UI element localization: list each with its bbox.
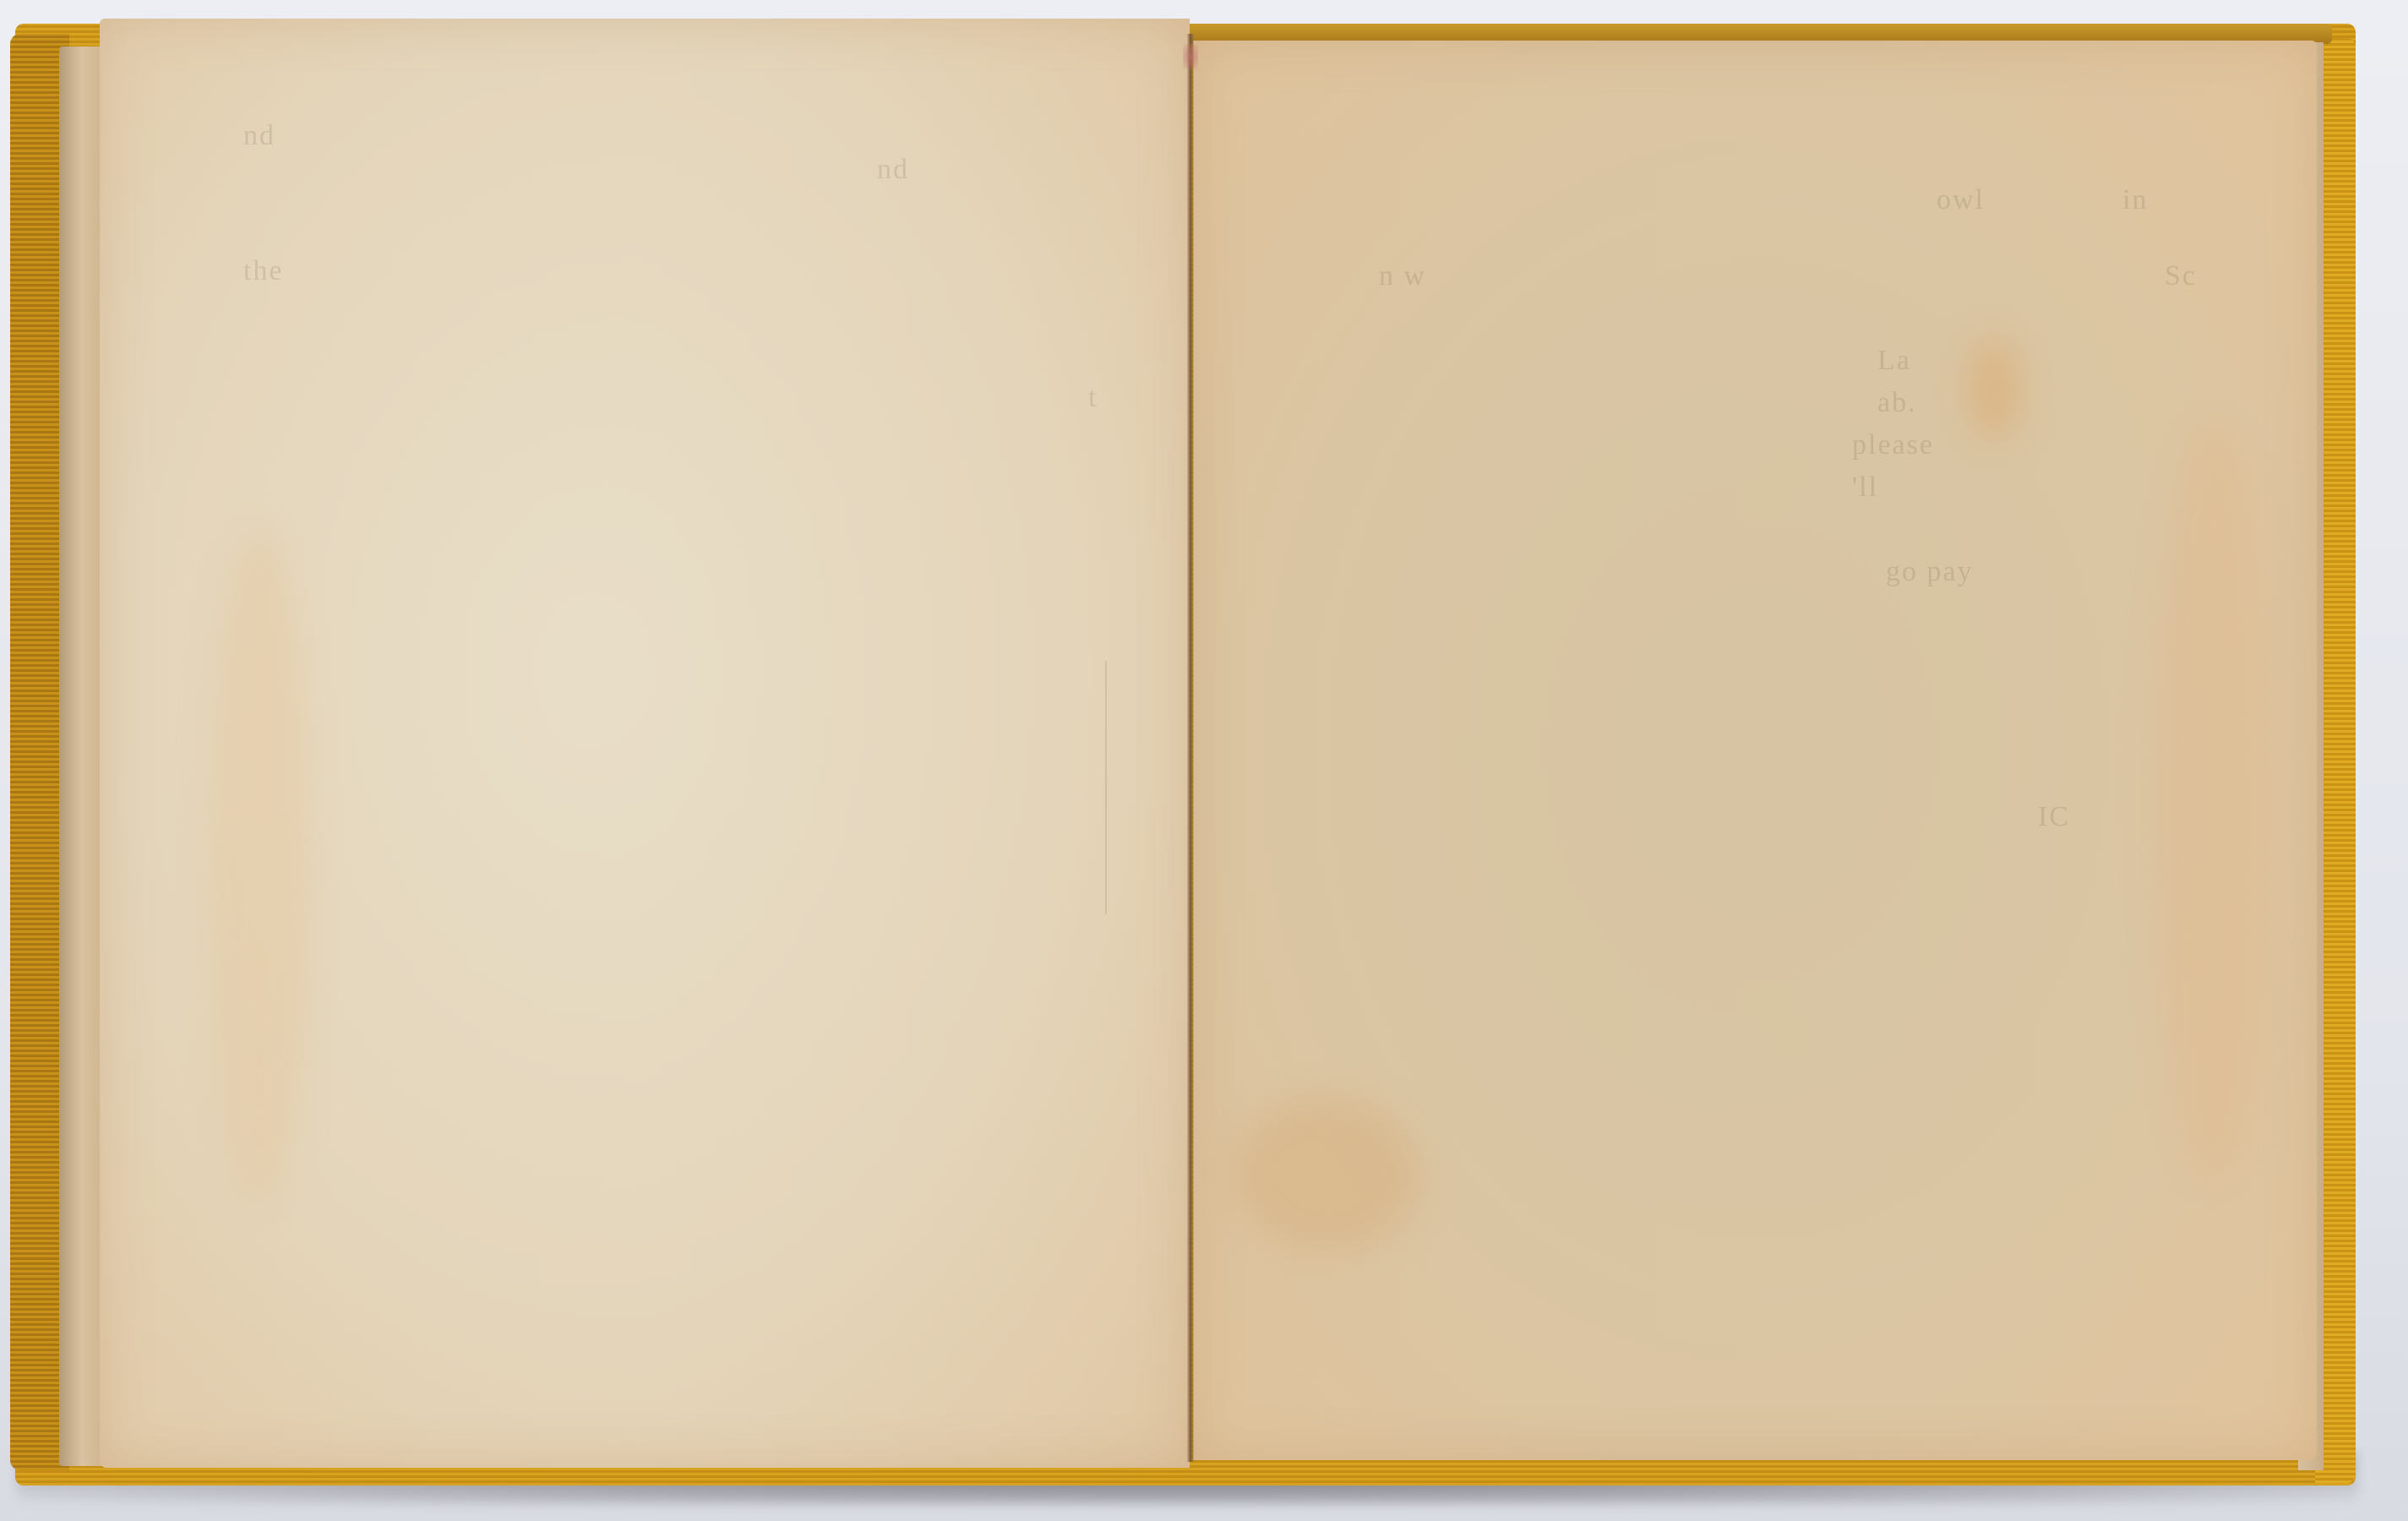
page-crease	[1105, 661, 1107, 914]
left-page: nd nd the t	[100, 19, 1190, 1468]
ghost-text: please	[1852, 429, 1934, 461]
ghost-text: nd	[243, 120, 275, 152]
ghost-text: ab.	[1877, 387, 1917, 419]
ghost-text: the	[243, 255, 284, 287]
ghost-text: Sc	[2165, 260, 2197, 292]
gutter-stain	[1183, 44, 1198, 69]
ghost-text: n w	[1379, 260, 1426, 292]
photo-scene: nd nd the t owl in n w Sc La ab. please …	[0, 0, 2408, 1521]
right-page: owl in n w Sc La ab. please 'll go pay I…	[1193, 41, 2317, 1460]
ghost-text: go pay	[1886, 556, 1974, 588]
ghost-text: La	[1877, 345, 1911, 377]
ghost-text: nd	[877, 154, 909, 186]
page-stain	[210, 526, 311, 1202]
page-stain	[1969, 338, 2019, 439]
book-gutter	[1187, 34, 1194, 1462]
page-stain	[1234, 1098, 1419, 1251]
ghost-text: IC	[2038, 801, 2070, 833]
ghost-text: in	[2122, 184, 2148, 216]
ghost-text: 'll	[1852, 472, 1878, 504]
page-stain	[2155, 422, 2273, 1183]
ghost-text: t	[1088, 382, 1098, 414]
ghost-text: owl	[1937, 184, 1985, 216]
